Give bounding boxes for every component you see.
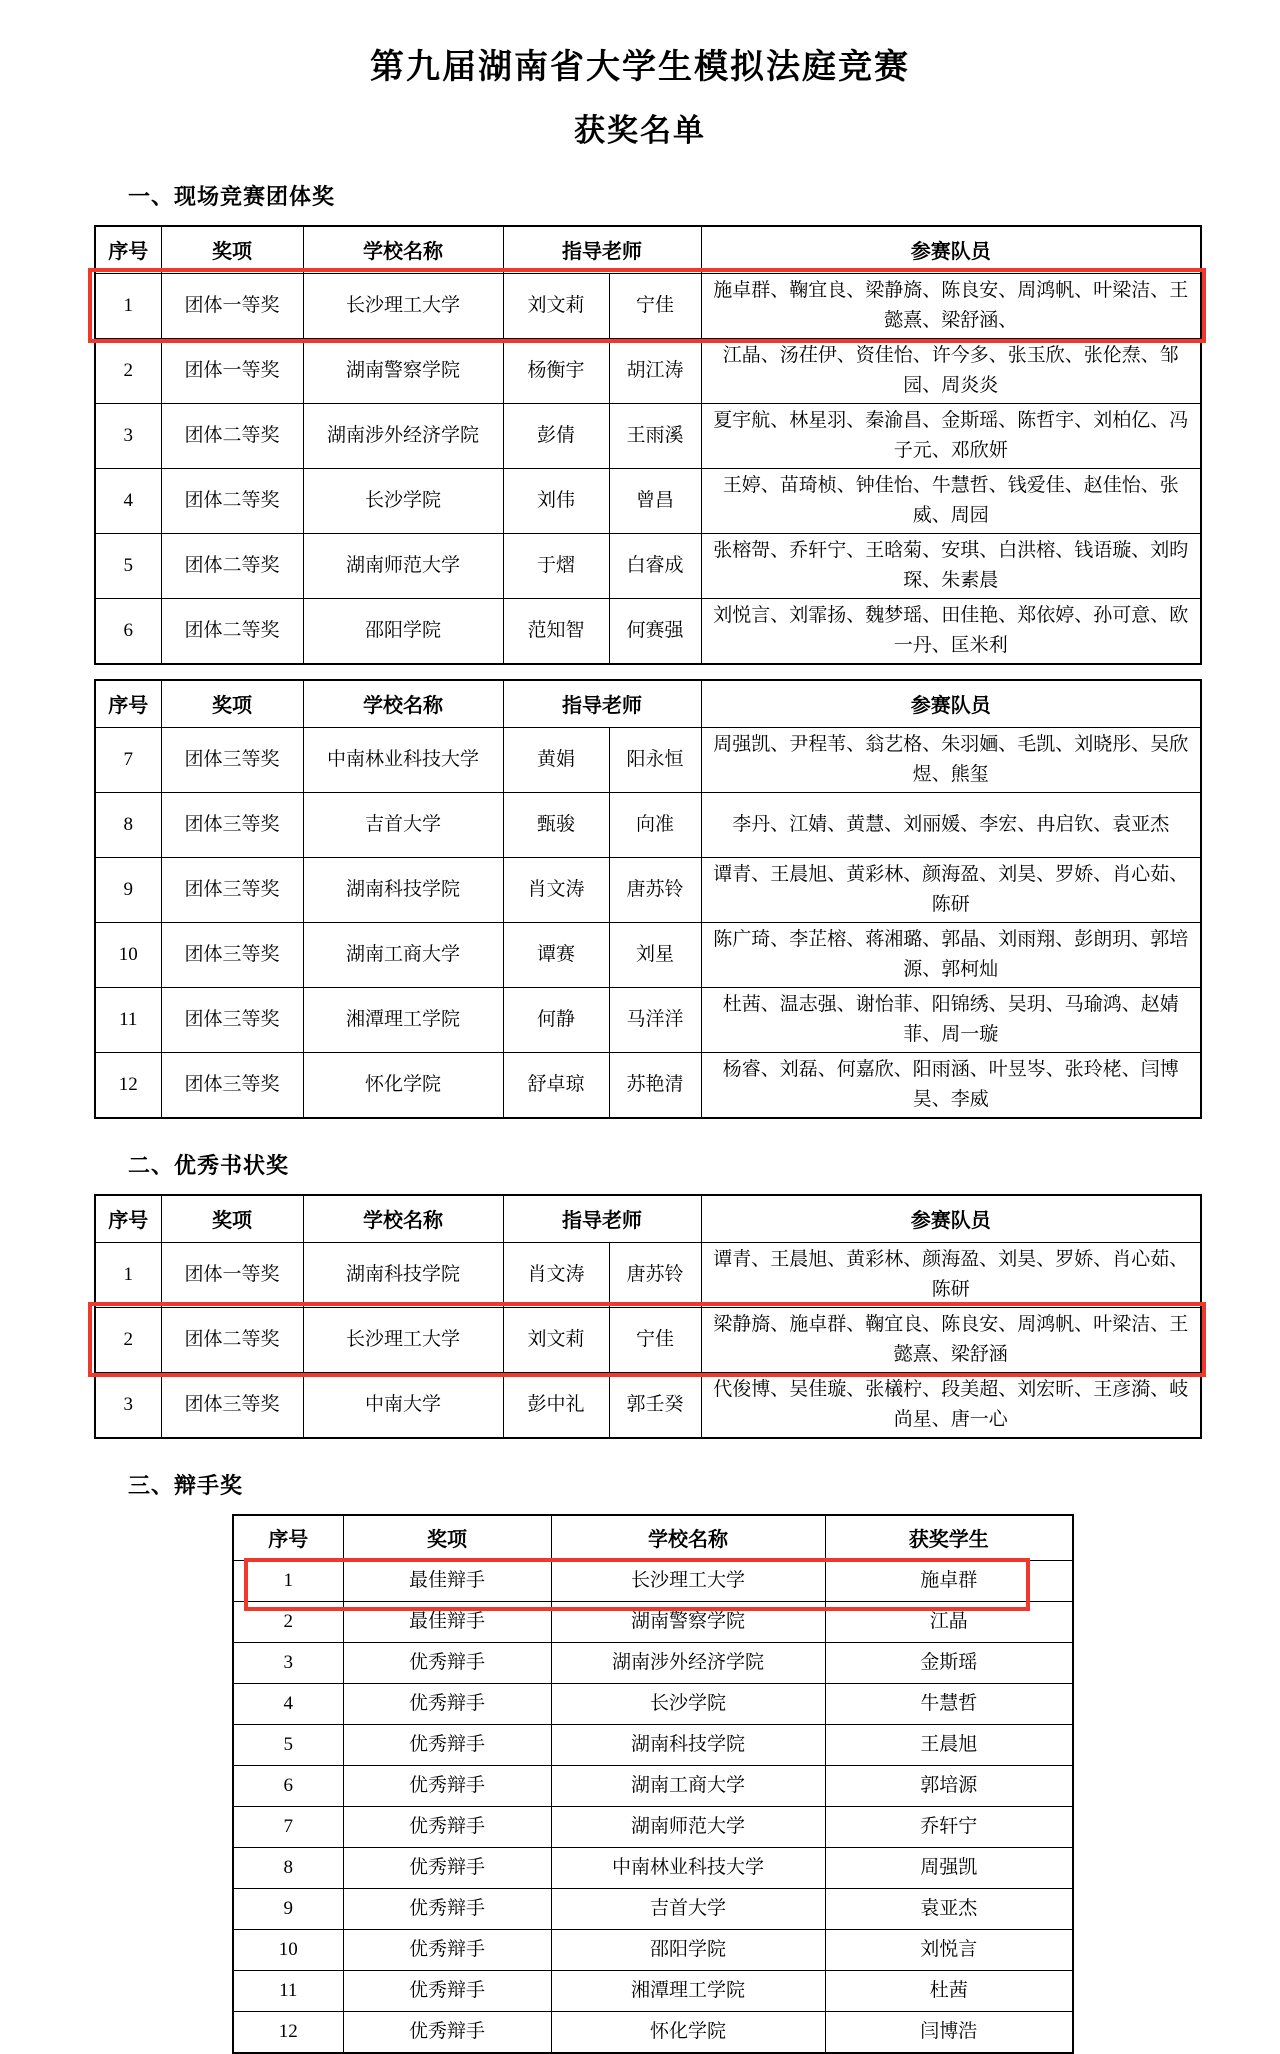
school-cell: 湖南警察学院: [303, 338, 503, 403]
school-cell: 湖南涉外经济学院: [551, 1642, 825, 1683]
members-cell: 谭青、王晨旭、黄彩林、颜海盈、刘昊、罗娇、肖心茹、陈研: [701, 1242, 1201, 1307]
column-header: 学校名称: [303, 680, 503, 728]
column-header: 序号: [95, 1195, 161, 1243]
award-cell: 优秀辩手: [343, 1806, 551, 1847]
school-cell: 长沙学院: [551, 1683, 825, 1724]
student-cell: 施卓群: [825, 1560, 1073, 1601]
table-row: 3团体三等奖中南大学彭中礼郭壬癸代俊博、吴佳璇、张檥柠、段美超、刘宏昕、王彦漪、…: [95, 1372, 1201, 1438]
column-header: 指导老师: [503, 680, 701, 728]
award-cell: 团体二等奖: [161, 1307, 303, 1372]
student-cell: 郭培源: [825, 1765, 1073, 1806]
column-header: 参赛队员: [701, 680, 1201, 728]
table-row: 10团体三等奖湖南工商大学谭赛刘星陈广琦、李芷榕、蒋湘璐、郭晶、刘雨翔、彭朗玥、…: [95, 922, 1201, 987]
table-row: 2最佳辩手湖南警察学院江晶: [233, 1601, 1073, 1642]
award-cell: 团体一等奖: [161, 338, 303, 403]
school-cell: 吉首大学: [551, 1888, 825, 1929]
award-table-wrapper: 序号奖项学校名称指导老师参赛队员1团体一等奖湖南科技学院肖文涛唐苏铃谭青、王晨旭…: [94, 1194, 1200, 1439]
award-cell: 团体三等奖: [161, 792, 303, 857]
header-row: 序号奖项学校名称获奖学生: [233, 1515, 1073, 1561]
school-cell: 邵阳学院: [303, 598, 503, 664]
school-cell: 湖南科技学院: [551, 1724, 825, 1765]
rank-cell: 12: [233, 2011, 343, 2053]
table-row: 7团体三等奖中南林业科技大学黄娟阳永恒周强凯、尹程苇、翁艺格、朱羽婳、毛凯、刘晓…: [95, 727, 1201, 792]
teacher2-cell: 唐苏铃: [609, 1242, 701, 1307]
table-row: 3优秀辩手湖南涉外经济学院金斯瑶: [233, 1642, 1073, 1683]
school-cell: 湖南师范大学: [303, 533, 503, 598]
header-row: 序号奖项学校名称指导老师参赛队员: [95, 680, 1201, 728]
rank-cell: 4: [233, 1683, 343, 1724]
members-cell: 杨睿、刘磊、何嘉欣、阳雨涵、叶昱岑、张玲栳、闫博昊、李威: [701, 1052, 1201, 1118]
award-cell: 团体二等奖: [161, 533, 303, 598]
members-cell: 周强凯、尹程苇、翁艺格、朱羽婳、毛凯、刘晓彤、吴欣煜、熊玺: [701, 727, 1201, 792]
teacher1-cell: 刘文莉: [503, 1307, 609, 1372]
teacher2-cell: 苏艳清: [609, 1052, 701, 1118]
members-cell: 江晶、汤茌伊、资佳怡、许今多、张玉欣、张伦焘、邹园、周炎炎: [701, 338, 1201, 403]
teacher1-cell: 舒卓琼: [503, 1052, 609, 1118]
members-cell: 施卓群、鞠宜良、梁静旖、陈良安、周鸿帆、叶梁洁、王懿熹、梁舒涵、: [701, 273, 1201, 338]
award-cell: 团体二等奖: [161, 598, 303, 664]
teacher2-cell: 胡江涛: [609, 338, 701, 403]
column-header: 学校名称: [551, 1515, 825, 1561]
table-row: 8优秀辩手中南林业科技大学周强凯: [233, 1847, 1073, 1888]
school-cell: 吉首大学: [303, 792, 503, 857]
rank-cell: 7: [233, 1806, 343, 1847]
student-cell: 金斯瑶: [825, 1642, 1073, 1683]
rank-cell: 12: [95, 1052, 161, 1118]
members-cell: 梁静旖、施卓群、鞠宜良、陈良安、周鸿帆、叶梁洁、王懿熹、梁舒涵: [701, 1307, 1201, 1372]
rank-cell: 4: [95, 468, 161, 533]
column-header: 获奖学生: [825, 1515, 1073, 1561]
members-cell: 陈广琦、李芷榕、蒋湘璐、郭晶、刘雨翔、彭朗玥、郭培源、郭柯灿: [701, 922, 1201, 987]
rank-cell: 6: [233, 1765, 343, 1806]
school-cell: 长沙理工大学: [303, 1307, 503, 1372]
rank-cell: 10: [95, 922, 161, 987]
school-cell: 邵阳学院: [551, 1929, 825, 1970]
rank-cell: 2: [233, 1601, 343, 1642]
school-cell: 湖南警察学院: [551, 1601, 825, 1642]
student-cell: 袁亚杰: [825, 1888, 1073, 1929]
table-row: 11团体三等奖湘潭理工学院何静马洋洋杜茜、温志强、谢怡菲、阳锦绣、吴玥、马瑜鸿、…: [95, 987, 1201, 1052]
teacher1-cell: 杨衡宇: [503, 338, 609, 403]
school-cell: 湘潭理工学院: [303, 987, 503, 1052]
table-row: 1最佳辩手长沙理工大学施卓群: [233, 1560, 1073, 1601]
award-cell: 团体三等奖: [161, 857, 303, 922]
teacher2-cell: 郭壬癸: [609, 1372, 701, 1438]
rank-cell: 11: [233, 1970, 343, 2011]
teacher2-cell: 向准: [609, 792, 701, 857]
column-header: 奖项: [161, 226, 303, 274]
table-row: 5优秀辩手湖南科技学院王晨旭: [233, 1724, 1073, 1765]
section-heading: 二、优秀书状奖: [128, 1149, 1280, 1180]
teacher2-cell: 刘星: [609, 922, 701, 987]
table-row: 9团体三等奖湖南科技学院肖文涛唐苏铃谭青、王晨旭、黄彩林、颜海盈、刘昊、罗娇、肖…: [95, 857, 1201, 922]
header-row: 序号奖项学校名称指导老师参赛队员: [95, 1195, 1201, 1243]
section-heading: 三、辩手奖: [128, 1469, 1280, 1500]
school-cell: 长沙理工大学: [303, 273, 503, 338]
student-cell: 杜茜: [825, 1970, 1073, 2011]
header-row: 序号奖项学校名称指导老师参赛队员: [95, 226, 1201, 274]
award-cell: 最佳辩手: [343, 1601, 551, 1642]
school-cell: 中南大学: [303, 1372, 503, 1438]
table-row: 1团体一等奖湖南科技学院肖文涛唐苏铃谭青、王晨旭、黄彩林、颜海盈、刘昊、罗娇、肖…: [95, 1242, 1201, 1307]
school-cell: 中南林业科技大学: [303, 727, 503, 792]
teacher1-cell: 彭倩: [503, 403, 609, 468]
rank-cell: 6: [95, 598, 161, 664]
rank-cell: 3: [233, 1642, 343, 1683]
column-header: 序号: [233, 1515, 343, 1561]
teacher2-cell: 宁佳: [609, 273, 701, 338]
teacher2-cell: 唐苏铃: [609, 857, 701, 922]
column-header: 学校名称: [303, 226, 503, 274]
members-cell: 夏宇航、林星羽、秦渝昌、金斯瑶、陈哲宇、刘柏亿、冯子元、邓欣妍: [701, 403, 1201, 468]
award-cell: 团体三等奖: [161, 727, 303, 792]
student-cell: 闫博浩: [825, 2011, 1073, 2053]
award-cell: 团体三等奖: [161, 922, 303, 987]
table-row: 5团体二等奖湖南师范大学于熠白睿成张榕哿、乔轩宁、王晗菊、安琪、白洪榕、钱语璇、…: [95, 533, 1201, 598]
column-header: 序号: [95, 226, 161, 274]
award-cell: 优秀辩手: [343, 2011, 551, 2053]
page-subtitle: 获奖名单: [0, 105, 1280, 150]
rank-cell: 7: [95, 727, 161, 792]
school-cell: 湖南工商大学: [303, 922, 503, 987]
column-header: 奖项: [161, 1195, 303, 1243]
section-heading: 一、现场竞赛团体奖: [128, 180, 1280, 211]
student-cell: 王晨旭: [825, 1724, 1073, 1765]
rank-cell: 1: [95, 273, 161, 338]
table-row: 12团体三等奖怀化学院舒卓琼苏艳清杨睿、刘磊、何嘉欣、阳雨涵、叶昱岑、张玲栳、闫…: [95, 1052, 1201, 1118]
rank-cell: 8: [233, 1847, 343, 1888]
table-row: 11优秀辩手湘潭理工学院杜茜: [233, 1970, 1073, 2011]
award-table: 序号奖项学校名称指导老师参赛队员1团体一等奖湖南科技学院肖文涛唐苏铃谭青、王晨旭…: [94, 1194, 1202, 1439]
teacher2-cell: 曾昌: [609, 468, 701, 533]
members-cell: 李丹、江婧、黄慧、刘丽媛、李宏、冉启钦、袁亚杰: [701, 792, 1201, 857]
award-cell: 团体三等奖: [161, 1052, 303, 1118]
teacher2-cell: 王雨溪: [609, 403, 701, 468]
members-cell: 张榕哿、乔轩宁、王晗菊、安琪、白洪榕、钱语璇、刘昀琛、朱素晨: [701, 533, 1201, 598]
section: 二、优秀书状奖序号奖项学校名称指导老师参赛队员1团体一等奖湖南科技学院肖文涛唐苏…: [0, 1149, 1280, 1439]
award-cell: 最佳辩手: [343, 1560, 551, 1601]
award-cell: 优秀辩手: [343, 1642, 551, 1683]
table-row: 7优秀辩手湖南师范大学乔轩宁: [233, 1806, 1073, 1847]
teacher2-cell: 宁佳: [609, 1307, 701, 1372]
rank-cell: 2: [95, 338, 161, 403]
rank-cell: 1: [233, 1560, 343, 1601]
student-cell: 牛慧哲: [825, 1683, 1073, 1724]
teacher1-cell: 刘伟: [503, 468, 609, 533]
document-page: 第九届湖南省大学生模拟法庭竞赛 获奖名单 一、现场竞赛团体奖序号奖项学校名称指导…: [0, 0, 1280, 2054]
table-row: 2团体一等奖湖南警察学院杨衡宇胡江涛江晶、汤茌伊、资佳怡、许今多、张玉欣、张伦焘…: [95, 338, 1201, 403]
teacher2-cell: 白睿成: [609, 533, 701, 598]
members-cell: 王婷、苗琦桢、钟佳怡、牛慧哲、钱爱佳、赵佳怡、张威、周园: [701, 468, 1201, 533]
table-row: 6优秀辩手湖南工商大学郭培源: [233, 1765, 1073, 1806]
section: 一、现场竞赛团体奖序号奖项学校名称指导老师参赛队员1团体一等奖长沙理工大学刘文莉…: [0, 180, 1280, 1119]
column-header: 学校名称: [303, 1195, 503, 1243]
rank-cell: 11: [95, 987, 161, 1052]
award-table: 序号奖项学校名称指导老师参赛队员7团体三等奖中南林业科技大学黄娟阳永恒周强凯、尹…: [94, 679, 1202, 1119]
teacher1-cell: 范知智: [503, 598, 609, 664]
teacher1-cell: 刘文莉: [503, 273, 609, 338]
teacher1-cell: 肖文涛: [503, 857, 609, 922]
teacher2-cell: 马洋洋: [609, 987, 701, 1052]
members-cell: 谭青、王晨旭、黄彩林、颜海盈、刘昊、罗娇、肖心茹、陈研: [701, 857, 1201, 922]
teacher1-cell: 谭赛: [503, 922, 609, 987]
award-cell: 优秀辩手: [343, 1765, 551, 1806]
table-row: 9优秀辩手吉首大学袁亚杰: [233, 1888, 1073, 1929]
sections-root: 一、现场竞赛团体奖序号奖项学校名称指导老师参赛队员1团体一等奖长沙理工大学刘文莉…: [0, 180, 1280, 2054]
rank-cell: 2: [95, 1307, 161, 1372]
award-table-wrapper: 序号奖项学校名称指导老师参赛队员7团体三等奖中南林业科技大学黄娟阳永恒周强凯、尹…: [94, 679, 1200, 1119]
teacher1-cell: 甄骏: [503, 792, 609, 857]
award-cell: 团体二等奖: [161, 468, 303, 533]
award-cell: 优秀辩手: [343, 1888, 551, 1929]
award-cell: 团体三等奖: [161, 987, 303, 1052]
award-cell: 优秀辩手: [343, 1724, 551, 1765]
school-cell: 湖南工商大学: [551, 1765, 825, 1806]
award-table: 序号奖项学校名称获奖学生1最佳辩手长沙理工大学施卓群2最佳辩手湖南警察学院江晶3…: [232, 1514, 1074, 2054]
members-cell: 刘悦言、刘霏扬、魏梦瑶、田佳艳、郑依婷、孙可意、欧一丹、匡米利: [701, 598, 1201, 664]
rank-cell: 8: [95, 792, 161, 857]
table-row: 2团体二等奖长沙理工大学刘文莉宁佳梁静旖、施卓群、鞠宜良、陈良安、周鸿帆、叶梁洁…: [95, 1307, 1201, 1372]
award-cell: 团体三等奖: [161, 1372, 303, 1438]
table-row: 3团体二等奖湖南涉外经济学院彭倩王雨溪夏宇航、林星羽、秦渝昌、金斯瑶、陈哲宇、刘…: [95, 403, 1201, 468]
table-row: 4团体二等奖长沙学院刘伟曾昌王婷、苗琦桢、钟佳怡、牛慧哲、钱爱佳、赵佳怡、张威、…: [95, 468, 1201, 533]
column-header: 序号: [95, 680, 161, 728]
table-row: 10优秀辩手邵阳学院刘悦言: [233, 1929, 1073, 1970]
table-row: 4优秀辩手长沙学院牛慧哲: [233, 1683, 1073, 1724]
school-cell: 长沙理工大学: [551, 1560, 825, 1601]
members-cell: 代俊博、吴佳璇、张檥柠、段美超、刘宏昕、王彦漪、岐尚星、唐一心: [701, 1372, 1201, 1438]
teacher1-cell: 何静: [503, 987, 609, 1052]
column-header: 奖项: [343, 1515, 551, 1561]
award-cell: 团体一等奖: [161, 1242, 303, 1307]
award-table-wrapper: 序号奖项学校名称指导老师参赛队员1团体一等奖长沙理工大学刘文莉宁佳施卓群、鞠宜良…: [94, 225, 1200, 665]
teacher1-cell: 黄娟: [503, 727, 609, 792]
rank-cell: 3: [95, 1372, 161, 1438]
column-header: 参赛队员: [701, 226, 1201, 274]
award-cell: 团体一等奖: [161, 273, 303, 338]
student-cell: 乔轩宁: [825, 1806, 1073, 1847]
table-row: 12优秀辩手怀化学院闫博浩: [233, 2011, 1073, 2053]
award-cell: 优秀辩手: [343, 1847, 551, 1888]
award-cell: 优秀辩手: [343, 1970, 551, 2011]
school-cell: 湖南涉外经济学院: [303, 403, 503, 468]
award-table-wrapper: 序号奖项学校名称获奖学生1最佳辩手长沙理工大学施卓群2最佳辩手湖南警察学院江晶3…: [232, 1514, 1072, 2054]
award-cell: 团体二等奖: [161, 403, 303, 468]
award-cell: 优秀辩手: [343, 1683, 551, 1724]
school-cell: 湖南科技学院: [303, 1242, 503, 1307]
rank-cell: 5: [95, 533, 161, 598]
student-cell: 刘悦言: [825, 1929, 1073, 1970]
table-row: 8团体三等奖吉首大学甄骏向准李丹、江婧、黄慧、刘丽媛、李宏、冉启钦、袁亚杰: [95, 792, 1201, 857]
student-cell: 周强凯: [825, 1847, 1073, 1888]
rank-cell: 3: [95, 403, 161, 468]
teacher2-cell: 何赛强: [609, 598, 701, 664]
column-header: 参赛队员: [701, 1195, 1201, 1243]
table-row: 1团体一等奖长沙理工大学刘文莉宁佳施卓群、鞠宜良、梁静旖、陈良安、周鸿帆、叶梁洁…: [95, 273, 1201, 338]
rank-cell: 9: [95, 857, 161, 922]
column-header: 指导老师: [503, 226, 701, 274]
teacher1-cell: 于熠: [503, 533, 609, 598]
award-table: 序号奖项学校名称指导老师参赛队员1团体一等奖长沙理工大学刘文莉宁佳施卓群、鞠宜良…: [94, 225, 1202, 665]
rank-cell: 10: [233, 1929, 343, 1970]
column-header: 奖项: [161, 680, 303, 728]
school-cell: 怀化学院: [551, 2011, 825, 2053]
teacher1-cell: 肖文涛: [503, 1242, 609, 1307]
rank-cell: 5: [233, 1724, 343, 1765]
rank-cell: 1: [95, 1242, 161, 1307]
members-cell: 杜茜、温志强、谢怡菲、阳锦绣、吴玥、马瑜鸿、赵婧菲、周一璇: [701, 987, 1201, 1052]
school-cell: 中南林业科技大学: [551, 1847, 825, 1888]
table-row: 6团体二等奖邵阳学院范知智何赛强刘悦言、刘霏扬、魏梦瑶、田佳艳、郑依婷、孙可意、…: [95, 598, 1201, 664]
school-cell: 湖南师范大学: [551, 1806, 825, 1847]
school-cell: 怀化学院: [303, 1052, 503, 1118]
teacher1-cell: 彭中礼: [503, 1372, 609, 1438]
school-cell: 湘潭理工学院: [551, 1970, 825, 2011]
teacher2-cell: 阳永恒: [609, 727, 701, 792]
school-cell: 湖南科技学院: [303, 857, 503, 922]
section: 三、辩手奖序号奖项学校名称获奖学生1最佳辩手长沙理工大学施卓群2最佳辩手湖南警察…: [0, 1469, 1280, 2054]
student-cell: 江晶: [825, 1601, 1073, 1642]
page-title: 第九届湖南省大学生模拟法庭竞赛: [0, 48, 1280, 89]
rank-cell: 9: [233, 1888, 343, 1929]
award-cell: 优秀辩手: [343, 1929, 551, 1970]
column-header: 指导老师: [503, 1195, 701, 1243]
school-cell: 长沙学院: [303, 468, 503, 533]
